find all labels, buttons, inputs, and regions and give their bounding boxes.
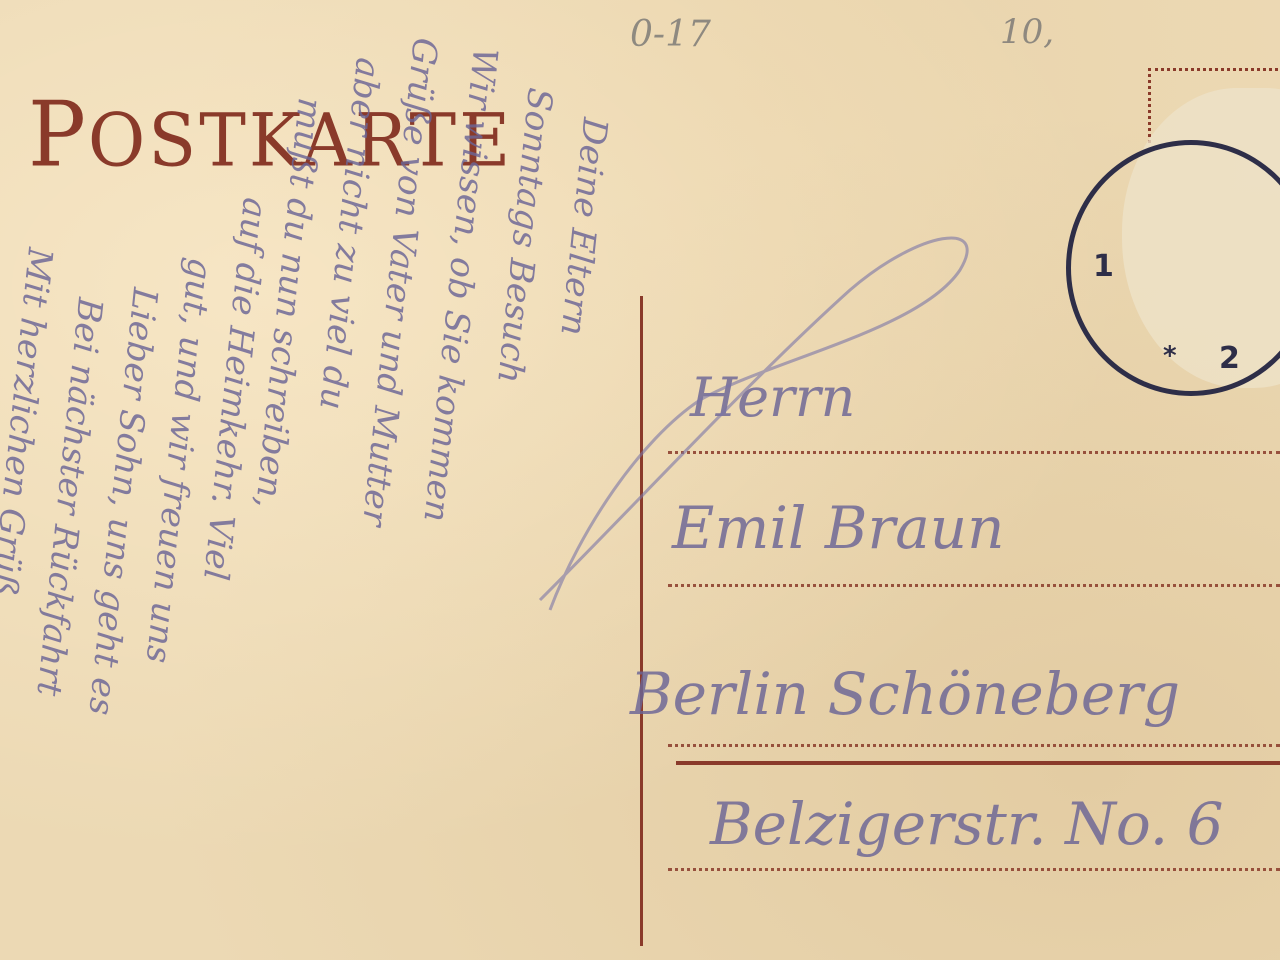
pencil-price: 10, bbox=[1000, 12, 1054, 52]
address-underline bbox=[676, 761, 1280, 765]
address-city: Berlin Schöneberg bbox=[630, 660, 1180, 728]
postcard: POSTKARTE 0-17 10, 1 * 2 Herrn Emil Brau… bbox=[0, 0, 1280, 960]
pencil-reference-code: 0-17 bbox=[630, 14, 711, 55]
heading-initial: P bbox=[28, 83, 88, 188]
address-line-4 bbox=[668, 868, 1280, 871]
postmark-number: 2 bbox=[1219, 341, 1240, 376]
address-street: Belzigerstr. No. 6 bbox=[710, 790, 1224, 858]
postmark-star: * bbox=[1163, 341, 1177, 371]
postmark-icon: 1 * 2 bbox=[1066, 140, 1280, 396]
postkarte-heading: POSTKARTE bbox=[28, 90, 513, 180]
postmark-digit: 1 bbox=[1093, 249, 1114, 284]
address-line-3 bbox=[668, 744, 1280, 747]
pen-flourish-icon bbox=[520, 200, 990, 640]
